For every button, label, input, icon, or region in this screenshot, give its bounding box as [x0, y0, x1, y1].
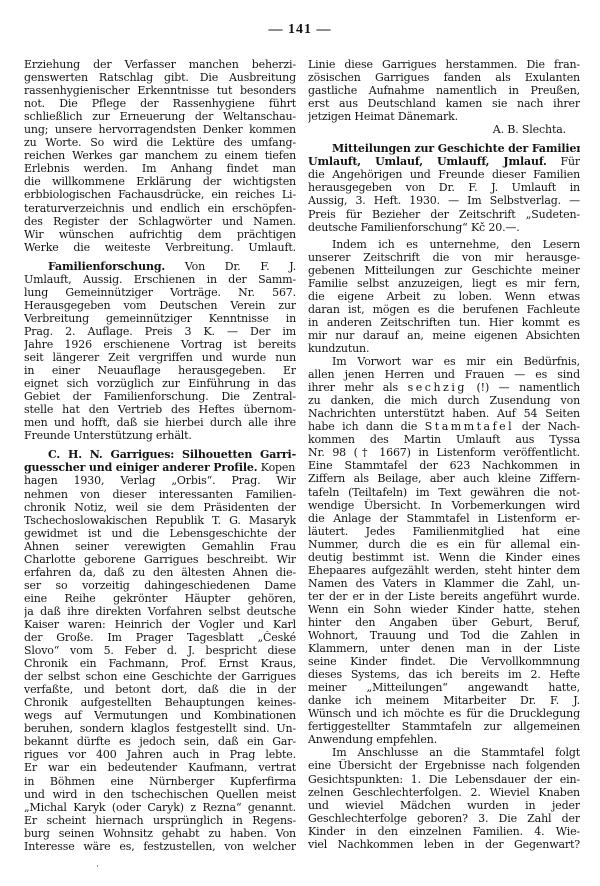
text-line: Anwendung empfehlen.	[308, 733, 580, 746]
text-line: stelle hat den Vertrieb des Heftes übern…	[24, 403, 296, 416]
text-line: Im Anschlusse an die Stammtafel folgt	[308, 746, 580, 759]
text-line: die eigene Arbeit zu loben. Wenn etwas	[308, 290, 580, 303]
text-line: erfahren da, daß zu den ältesten Ahnen d…	[24, 566, 296, 579]
text-line: Geschlechterfolge geboren? 3. Die Zahl d…	[308, 812, 580, 825]
text-line: Verbreitung gemeinnütziger Kenntnisse in	[24, 312, 296, 325]
text-line: erst aus Deutschland kamen sie nach ihre…	[308, 97, 580, 110]
text-line: Gesichtspunkten: 1. Die Lebensdauer der …	[308, 773, 580, 786]
text-line: der Große. Im Prager Tagesblatt „České	[24, 631, 296, 644]
text-line: die Angehörigen und Freunde dieser Famil…	[308, 168, 580, 181]
text-line: not. Die Pflege der Rassenhygiene führt	[24, 97, 296, 110]
text-line: unserer Zeitschrift die von mir herausge…	[308, 251, 580, 264]
text-line: Erziehung der Verfasser manchen beherzi-	[24, 58, 296, 71]
text-line: Charlotte geborene Garrigues beschreibt.…	[24, 553, 296, 566]
text-line: hagen 1930, Verlag „Orbis“. Prag. Wir	[24, 474, 296, 487]
text-line: Gebiet der Familienforschung. Die Zentra…	[24, 390, 296, 403]
text-line: in Böhmen eine Nürnberger Kupferfirma	[24, 775, 296, 788]
text-line: tafeln (Teiltafeln) im Text gewähren die…	[308, 486, 580, 499]
text-line: Er war ein bedeutender Kaufmann, vertrat	[24, 761, 296, 774]
text-line: wegs auf Vermutungen und Kombinationen	[24, 709, 296, 722]
text-line: rassenhygienischer Erkenntnisse tut beso…	[24, 84, 296, 97]
emphasis-spaced: Stammtafel	[425, 420, 514, 433]
text-line: gastliche Aufnahme namentlich in Preußen…	[308, 84, 580, 97]
text-line: Aussig, 3. Heft. 1930. — Im Selbstverlag…	[308, 194, 580, 207]
text-line: Ahnen seiner verewigten Gemahlin Frau	[24, 540, 296, 553]
text-line: ser so vorzeitig dahingeschiedenen Dame	[24, 579, 296, 592]
text-line: fertiggestellter Stammtafeln zur allgeme…	[308, 720, 580, 733]
text-line: Freunde Unterstützung erhält.	[24, 429, 296, 442]
text-line: daran ist, mögen es die berufenen Fachle…	[308, 303, 580, 316]
text-line: eine Reihe gekrönter Häupter gehören,	[24, 592, 296, 605]
text-line: viel Nachkommen leben in der Gegenwart?	[308, 838, 580, 851]
text-line: allen jenen Herren und Frauen — es sind	[308, 368, 580, 381]
text-line: Herausgegeben vom Deutschen Verein zur	[24, 299, 296, 312]
text-line: Eine Stammtafel der 623 Nachkommen in	[308, 459, 580, 472]
text-line: Jahre 1926 erschienene Vortrag ist berei…	[24, 338, 296, 351]
text-line: men und hofft, daß sie hierbei durch all…	[24, 416, 296, 429]
text-line: erbbiologischen Fachausdrücke, ein reich…	[24, 188, 296, 201]
text-line: Preis für Bezieher der Zeitschrift „Sude…	[308, 208, 580, 221]
text-line: bekannt dürfte es jedoch sein, daß ein G…	[24, 735, 296, 748]
text-line: Nr. 98 († 1667) in Listenform veröffentl…	[308, 446, 580, 459]
text-line: genswerten Ratschlag gibt. Die Ausbreitu…	[24, 71, 296, 84]
text-line: ja daß ihre direkten Vorfahren selbst de…	[24, 605, 296, 618]
review-mitteilungen: Mitteilungen zur Geschichte der Familien…	[308, 142, 580, 233]
paragraph-intro: Indem ich es unternehme, den Lesern unse…	[308, 238, 580, 355]
text-line: die willkommene Erklärung der wichtigste…	[24, 175, 296, 188]
text-line: hinter den Angaben über Geburt, Beruf,	[308, 616, 580, 629]
text-line: Wenn ein Sohn wieder Kinder hatte, stehe…	[308, 603, 580, 616]
text-line: kundzutun.	[308, 342, 580, 355]
text-line: deutsche Familienforschung“ Kč 20.—.	[308, 221, 580, 234]
text-line: verfaßte, und betont dort, daß die in de…	[24, 683, 296, 696]
review-heading-line: guesscher und einiger anderer Profile. K…	[24, 461, 296, 474]
text-line: läutert. Jedes Familienmitglied hat eine	[308, 525, 580, 538]
text-line: und wird in den tschechischen Quellen me…	[24, 788, 296, 801]
text-line: Tschechoslowakischen Republik T. G. Masa…	[24, 514, 296, 527]
text-line: wendige Übersicht. In Vorbemerkungen wir…	[308, 499, 580, 512]
emphasis-spaced: sechzig	[408, 381, 467, 394]
review-title: C. H. N. Garrigues: Silhouetten Garri-	[24, 448, 296, 461]
paragraph-garrigues-continuation: Linie diese Garrigues herstammen. Die fr…	[308, 58, 580, 136]
text-line: Er scheint hiernach ursprünglich in Rege…	[24, 814, 296, 827]
review-familienforschung: Familienforschung. Von Dr. F. J. Umlauft…	[24, 260, 296, 443]
text-line: seit längerer Zeit vergriffen und wurde …	[24, 351, 296, 364]
text-line: mir nur darauf an, meine eigenen Absicht…	[308, 329, 580, 342]
text-line: seine Kinder findet. Die Vervollkommnung	[308, 655, 580, 668]
text-line: herausgegeben von Dr. F. J. Umlauft in	[308, 181, 580, 194]
text-span: habe ich dann die	[308, 420, 417, 433]
review-garrigues: C. H. N. Garrigues: Silhouetten Garri- g…	[24, 448, 296, 852]
text-line: Namen des Vaters in Klammer die Zahl, un…	[308, 577, 580, 590]
text-line: Nachrichten unterstützt haben. Auf 54 Se…	[308, 407, 580, 420]
text-line: Chronik aufgestellten Behauptungen keine…	[24, 696, 296, 709]
text-line: habe ich dann die Stammtafel der Nach-	[308, 420, 580, 433]
text-line: und wieviel Mädchen wurden in jeder	[308, 799, 580, 812]
text-line: schließlich zur Erneuerung der Weltansch…	[24, 110, 296, 123]
print-speck: ·	[96, 862, 99, 869]
review-heading-line: Umlauft, Umlauf, Umlauff, Jmlauf. Für	[308, 155, 580, 168]
paragraph-results: Im Anschlusse an die Stammtafel folgt ei…	[308, 746, 580, 850]
right-column: Linie diese Garrigues herstammen. Die fr…	[308, 58, 580, 851]
text-line: Slovo“ vom 5. Feber d. J. bespricht dies…	[24, 644, 296, 657]
text-line: Prag. 2. Auflage. Preis 3 K. — Der im	[24, 325, 296, 338]
text-line: dieses Systems, das ich bereits im 2. He…	[308, 668, 580, 681]
review-title: Mitteilungen zur Geschichte der Familien	[308, 142, 580, 155]
text-line: des Register der Schlagwörter und Namen.	[24, 215, 296, 228]
text-line: Wünsch und ich möchte es für die Druckle…	[308, 707, 580, 720]
text-line: burg seinen Wohnsitz gehabt zu haben. Vo…	[24, 827, 296, 840]
text-line: ter der er in der Liste bereits angeführ…	[308, 590, 580, 603]
text-line: eine Übersicht der Ergebnisse nach folge…	[308, 759, 580, 772]
text-line: eignet sich vorzüglich zur Einführung in…	[24, 377, 296, 390]
text-line: Umlauft, Aussig. Erschienen in der Samm-	[24, 273, 296, 286]
text-line: ung; unsere hervorragendsten Denker komm…	[24, 123, 296, 136]
text-line: zu danken, die mich durch Zusendung von	[308, 394, 580, 407]
text-line: ihrer mehr als sechzig (!) — namentlich	[308, 381, 580, 394]
text-line: zösischen Garrigues fanden als Exulanten	[308, 71, 580, 84]
text-span: ihrer mehr als	[308, 381, 398, 394]
text-line: Klammern, unter denen man in der Liste	[308, 642, 580, 655]
text-line: Wohnort, Trauung und Tod die Zahlen in	[308, 629, 580, 642]
text-line: Erlebnis werden. Im Anhang findet man	[24, 162, 296, 175]
text-line: Nummer, durch die es ein für allemal ein…	[308, 538, 580, 551]
author-signature: A. B. Slechta.	[308, 123, 580, 136]
text-line: gewidmet ist und die Lebensgeschichte de…	[24, 527, 296, 540]
text-line: rigues vor 400 Jahren auch in Prag lebte…	[24, 748, 296, 761]
text-line: Familie selbst anzuzeigen, liegt es mir …	[308, 277, 580, 290]
text-span: Von Dr. F. J.	[185, 260, 296, 273]
text-span: (!) — namentlich	[477, 381, 580, 394]
text-line: der selbst schon eine Geschichte der Gar…	[24, 670, 296, 683]
text-line: jetzigen Heimat Dänemark.	[308, 110, 580, 123]
text-line: Werke die weiteste Verbreitung. Umlauft.	[24, 241, 296, 254]
text-line: kommen des Martin Umlauft aus Tyssa	[308, 433, 580, 446]
text-line: lung Gemeinnütziger Vorträge. Nr. 567.	[24, 286, 296, 299]
text-span: Kopen-	[261, 461, 296, 474]
text-line: Chronik ein Fachmann, Prof. Ernst Kraus,	[24, 657, 296, 670]
text-line: Ziffern als Beilage, aber auch kleine Zi…	[308, 472, 580, 485]
text-line: Kaiser waren: Heinrich der Vogler und Ka…	[24, 618, 296, 631]
paragraph-review-continuation: Erziehung der Verfasser manchen beherzi-…	[24, 58, 296, 254]
text-line: Im Vorwort war es mir ein Bedürfnis,	[308, 355, 580, 368]
text-span: der Nach-	[522, 420, 580, 433]
text-line: meiner „Mitteilungen“ angewandt hatte,	[308, 681, 580, 694]
review-title-cont: Umlauft, Umlauf, Umlauff, Jmlauf.	[308, 155, 547, 168]
text-line: „Michal Karyk (oder Caryk) z Rezna“ gena…	[24, 801, 296, 814]
text-line: Linie diese Garrigues herstammen. Die fr…	[308, 58, 580, 71]
text-line: die Anlage der Stammtafel in Listenform …	[308, 512, 580, 525]
text-line: Wir wünschen aufrichtig dem prächtigen	[24, 228, 296, 241]
text-line: Kinder in den einzelnen Familien. 4. Wie…	[308, 825, 580, 838]
text-line: in anderen Zeitschriften tun. Hier kommt…	[308, 316, 580, 329]
text-line: Indem ich es unternehme, den Lesern	[308, 238, 580, 251]
text-line: Ehepaares aufgezählt werden, steht hinte…	[308, 564, 580, 577]
left-column: Erziehung der Verfasser manchen beherzi-…	[24, 58, 296, 853]
review-heading-line: Familienforschung. Von Dr. F. J.	[24, 260, 296, 273]
text-span: Für	[560, 155, 580, 168]
paragraph-vorwort: Im Vorwort war es mir ein Bedürfnis, all…	[308, 355, 580, 746]
text-line: nehmen von dieser interessanten Familien…	[24, 488, 296, 501]
text-line: deutig bestimmt ist. Wenn die Kinder ein…	[308, 551, 580, 564]
text-line: in einer Neuauflage herausgegeben. Er	[24, 364, 296, 377]
text-line: reichen Werkes gar manchem zu einem tief…	[24, 149, 296, 162]
review-title: Familienforschung.	[48, 260, 165, 273]
text-line: beruhen, sondern klaglos festgestellt si…	[24, 722, 296, 735]
text-line: zelnen Geschlechterfolgen. 2. Wieviel Kn…	[308, 786, 580, 799]
review-title-cont: guesscher und einiger anderer Profile.	[24, 461, 257, 474]
text-line: teraturverzeichnis und endlich ein ersch…	[24, 202, 296, 215]
text-line: zu Worte. So wird die Lektüre des umfang…	[24, 136, 296, 149]
text-line: gebenen Mitteilungen zur Geschichte mein…	[308, 264, 580, 277]
text-line: danke ich meinem Mitarbeiter Dr. F. J.	[308, 694, 580, 707]
text-line: Interesse wäre es, festzustellen, von we…	[24, 840, 296, 853]
text-line: chronik Notiz, weil sie dem Präsidenten …	[24, 501, 296, 514]
page-number: — 141 —	[0, 22, 600, 38]
